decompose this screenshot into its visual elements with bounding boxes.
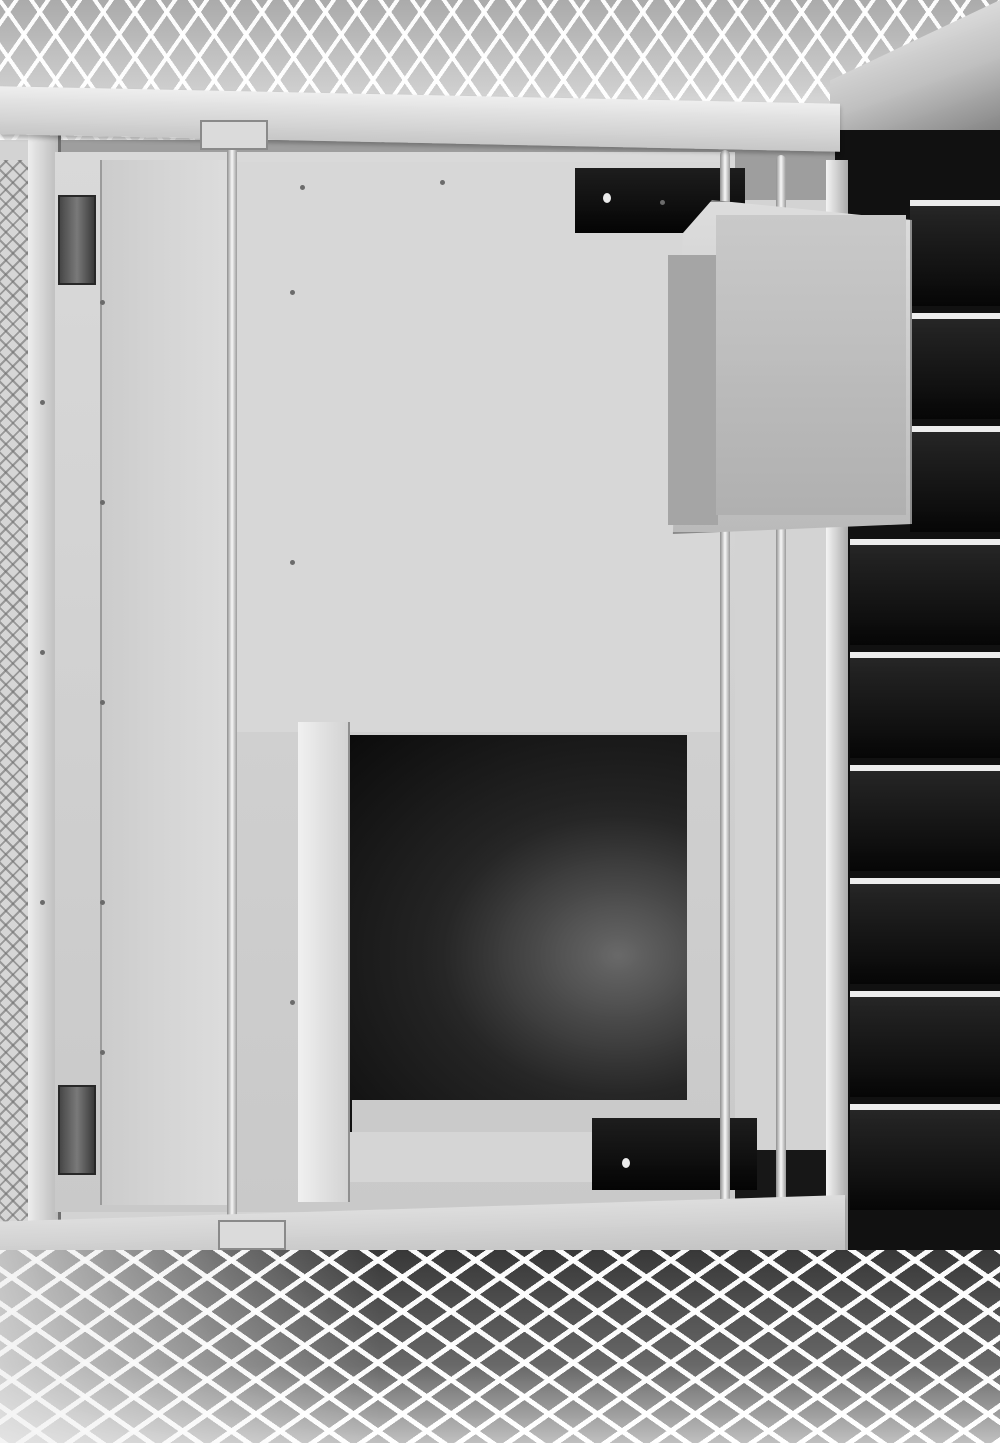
wall-slat (850, 539, 1000, 645)
wall-slat (910, 200, 1000, 306)
rivet (290, 1000, 295, 1005)
rivet (100, 500, 105, 505)
opening-frame-left (298, 722, 350, 1202)
rivet (100, 1050, 105, 1055)
lower-wooden-block (592, 1118, 757, 1190)
rivet (40, 400, 45, 405)
nest-box-opening (342, 735, 687, 1135)
door-edge-strip (100, 160, 233, 1205)
upper-rod-clamp (200, 120, 268, 150)
door-guide-rod (227, 135, 237, 1230)
mesh-floor (0, 1250, 1000, 1443)
wall-slat (850, 765, 1000, 871)
rivet (40, 650, 45, 655)
rivet (100, 900, 105, 905)
feeder-side (668, 255, 718, 525)
door-upper-panel (230, 162, 725, 732)
lower-hinge (58, 1085, 96, 1175)
lower-rod-clamp (218, 1220, 286, 1250)
opening-sill (350, 1132, 605, 1182)
rivet (100, 700, 105, 705)
wall-slat (850, 991, 1000, 1097)
rivet (100, 300, 105, 305)
wall-slat (910, 313, 1000, 419)
feeder-front-panel (716, 215, 906, 515)
upper-hinge (58, 195, 96, 285)
photograph (0, 0, 1000, 1443)
rivet (290, 290, 295, 295)
wall-slat (850, 652, 1000, 758)
wall-slat (850, 1104, 1000, 1210)
rivet (40, 900, 45, 905)
rivet (290, 560, 295, 565)
wall-slat (850, 878, 1000, 984)
rivet (440, 180, 445, 185)
rivet (300, 185, 305, 190)
rivet (660, 200, 665, 205)
wall-slat (910, 426, 1000, 532)
